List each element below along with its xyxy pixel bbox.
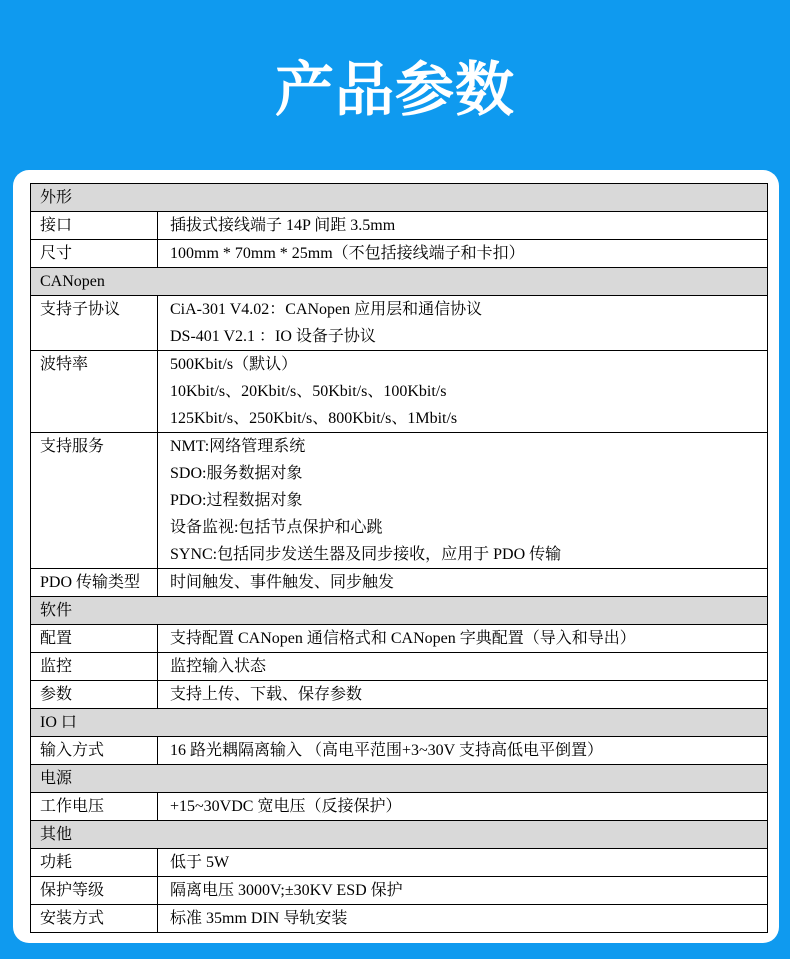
row-label: PDO 传输类型 (31, 569, 158, 597)
section-label: 其他 (31, 821, 768, 849)
row-value: +15~30VDC 宽电压（反接保护） (158, 793, 768, 821)
page-header: 产品参数 (0, 0, 790, 170)
table-row: 接口插拔式接线端子 14P 间距 3.5mm (31, 212, 768, 240)
value-line: PDO:过程数据对象 (170, 487, 767, 514)
row-label: 输入方式 (31, 737, 158, 765)
row-label: 尺寸 (31, 240, 158, 268)
table-row: 配置支持配置 CANopen 通信格式和 CANopen 字典配置（导入和导出） (31, 625, 768, 653)
row-label: 功耗 (31, 849, 158, 877)
row-label: 支持子协议 (31, 296, 158, 351)
row-value: 监控输入状态 (158, 653, 768, 681)
value-line: SDO:服务数据对象 (170, 460, 767, 487)
row-value: CiA-301 V4.02：CANopen 应用层和通信协议DS-401 V2.… (158, 296, 768, 351)
value-line: 设备监视:包括节点保护和心跳 (170, 514, 767, 541)
row-value: NMT:网络管理系统SDO:服务数据对象PDO:过程数据对象设备监视:包括节点保… (158, 433, 768, 569)
row-value: 低于 5W (158, 849, 768, 877)
section-row: 电源 (31, 765, 768, 793)
value-line: CiA-301 V4.02：CANopen 应用层和通信协议 (170, 296, 767, 323)
table-row: 参数支持上传、下载、保存参数 (31, 681, 768, 709)
section-row: IO 口 (31, 709, 768, 737)
value-line: +15~30VDC 宽电压（反接保护） (170, 793, 767, 820)
table-row: 尺寸100mm * 70mm * 25mm（不包括接线端子和卡扣） (31, 240, 768, 268)
section-label: CANopen (31, 268, 768, 296)
page-title: 产品参数 (275, 61, 515, 120)
value-line: 低于 5W (170, 849, 767, 876)
row-value: 支持上传、下载、保存参数 (158, 681, 768, 709)
row-value: 500Kbit/s（默认）10Kbit/s、20Kbit/s、50Kbit/s、… (158, 351, 768, 433)
value-line: 监控输入状态 (170, 653, 767, 680)
value-line: 时间触发、事件触发、同步触发 (170, 569, 767, 596)
section-row: 外形 (31, 184, 768, 212)
value-line: NMT:网络管理系统 (170, 433, 767, 460)
value-line: SYNC:包括同步发送生器及同步接收，应用于 PDO 传输 (170, 541, 767, 568)
value-line: 10Kbit/s、20Kbit/s、50Kbit/s、100Kbit/s (170, 378, 767, 405)
value-line: 16 路光耦隔离输入 （高电平范围+3~30V 支持高低电平倒置） (170, 737, 767, 764)
row-label: 安装方式 (31, 905, 158, 933)
row-label: 接口 (31, 212, 158, 240)
value-line: 支持配置 CANopen 通信格式和 CANopen 字典配置（导入和导出） (170, 625, 767, 652)
row-value: 隔离电压 3000V;±30KV ESD 保护 (158, 877, 768, 905)
section-label: 外形 (31, 184, 768, 212)
value-line: 支持上传、下载、保存参数 (170, 681, 767, 708)
table-row: 支持子协议CiA-301 V4.02：CANopen 应用层和通信协议DS-40… (31, 296, 768, 351)
section-label: 电源 (31, 765, 768, 793)
row-value: 标准 35mm DIN 导轨安装 (158, 905, 768, 933)
table-row: PDO 传输类型时间触发、事件触发、同步触发 (31, 569, 768, 597)
value-line: DS-401 V2.1 ：IO 设备子协议 (170, 323, 767, 350)
table-row: 保护等级隔离电压 3000V;±30KV ESD 保护 (31, 877, 768, 905)
spec-table: 外形接口插拔式接线端子 14P 间距 3.5mm尺寸100mm * 70mm *… (30, 183, 768, 933)
table-row: 功耗低于 5W (31, 849, 768, 877)
table-row: 波特率500Kbit/s（默认）10Kbit/s、20Kbit/s、50Kbit… (31, 351, 768, 433)
value-line: 125Kbit/s、250Kbit/s、800Kbit/s、1Mbit/s (170, 405, 767, 432)
table-row: 工作电压+15~30VDC 宽电压（反接保护） (31, 793, 768, 821)
value-line: 隔离电压 3000V;±30KV ESD 保护 (170, 877, 767, 904)
row-label: 监控 (31, 653, 158, 681)
value-line: 标准 35mm DIN 导轨安装 (170, 905, 767, 932)
section-row: 其他 (31, 821, 768, 849)
row-value: 时间触发、事件触发、同步触发 (158, 569, 768, 597)
row-value: 支持配置 CANopen 通信格式和 CANopen 字典配置（导入和导出） (158, 625, 768, 653)
table-row: 安装方式标准 35mm DIN 导轨安装 (31, 905, 768, 933)
section-row: 软件 (31, 597, 768, 625)
row-label: 保护等级 (31, 877, 158, 905)
row-label: 波特率 (31, 351, 158, 433)
row-label: 工作电压 (31, 793, 158, 821)
section-label: 软件 (31, 597, 768, 625)
table-row: 监控监控输入状态 (31, 653, 768, 681)
row-label: 支持服务 (31, 433, 158, 569)
spec-table-body: 外形接口插拔式接线端子 14P 间距 3.5mm尺寸100mm * 70mm *… (31, 184, 768, 933)
section-row: CANopen (31, 268, 768, 296)
row-value: 插拔式接线端子 14P 间距 3.5mm (158, 212, 768, 240)
value-line: 插拔式接线端子 14P 间距 3.5mm (170, 212, 767, 239)
section-label: IO 口 (31, 709, 768, 737)
row-value: 16 路光耦隔离输入 （高电平范围+3~30V 支持高低电平倒置） (158, 737, 768, 765)
row-label: 参数 (31, 681, 158, 709)
value-line: 100mm * 70mm * 25mm（不包括接线端子和卡扣） (170, 240, 767, 267)
value-line: 500Kbit/s（默认） (170, 351, 767, 378)
row-value: 100mm * 70mm * 25mm（不包括接线端子和卡扣） (158, 240, 768, 268)
spec-card: 外形接口插拔式接线端子 14P 间距 3.5mm尺寸100mm * 70mm *… (13, 170, 779, 943)
row-label: 配置 (31, 625, 158, 653)
table-row: 输入方式16 路光耦隔离输入 （高电平范围+3~30V 支持高低电平倒置） (31, 737, 768, 765)
table-row: 支持服务NMT:网络管理系统SDO:服务数据对象PDO:过程数据对象设备监视:包… (31, 433, 768, 569)
